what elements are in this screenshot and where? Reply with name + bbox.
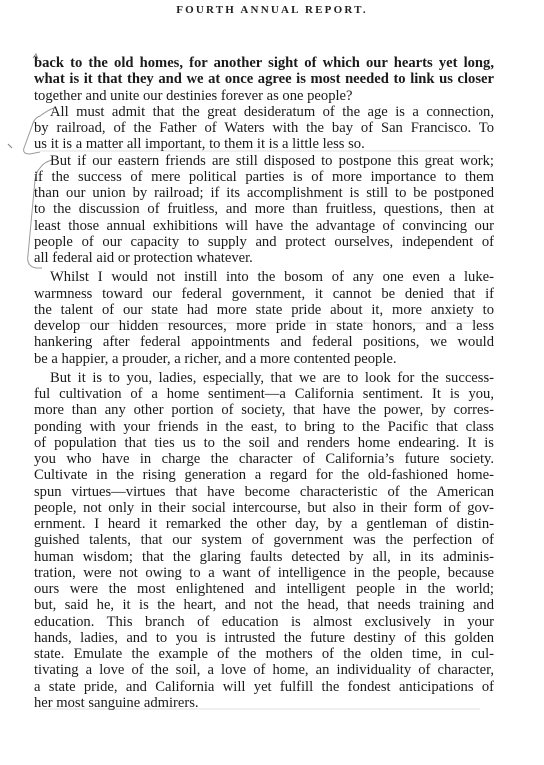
text-line: her most sanguine admirers.	[34, 695, 494, 711]
body-text: back to the old homes, for another sight…	[34, 55, 494, 711]
text-line: people, not only in their social interco…	[34, 500, 494, 516]
text-line: ernment. I heard it remarked the other d…	[34, 516, 494, 532]
text-line: of population that ties us to the soil a…	[34, 435, 494, 451]
paragraph-3: But if our eastern friends are still dis…	[34, 153, 494, 267]
text-line: develop our hidden resources, more pride…	[34, 318, 494, 334]
text-line: more than any other portion of society, …	[34, 402, 494, 418]
text-line: Cultivate in the rising generation a reg…	[34, 467, 494, 483]
paragraph-4: Whilst I would not instill into the boso…	[34, 269, 494, 367]
text-line: people of our capacity to supply and pro…	[34, 234, 494, 250]
text-line: if the success of mere political parties…	[34, 169, 494, 185]
text-line: warmness toward our federal government, …	[34, 286, 494, 302]
text-line: ful cultivation of a home sentiment—a Ca…	[34, 386, 494, 402]
text-line: together and unite our destinies forever…	[34, 88, 494, 104]
text-line: All must admit that the great desideratu…	[34, 104, 494, 120]
paragraph-5: But it is to you, ladies, especially, th…	[34, 370, 494, 711]
paragraph-1: back to the old homes, for another sight…	[34, 55, 494, 104]
text-line: But it is to you, ladies, especially, th…	[34, 370, 494, 386]
text-line: Whilst I would not instill into the boso…	[34, 269, 494, 285]
text-line: us it is a matter all important, to them…	[34, 136, 494, 152]
document-page: FOURTH ANNUAL REPORT. back to the old ho…	[0, 0, 544, 765]
text-line: be a happier, a prouder, a richer, and a…	[34, 351, 494, 367]
text-line: education. This branch of education is a…	[34, 614, 494, 630]
text-line: all federal aid or protection whatever.	[34, 250, 494, 266]
text-line: hands, ladies, and to you is intrusted t…	[34, 630, 494, 646]
text-line: tivating a love of the soil, a love of h…	[34, 662, 494, 678]
text-line: back to the old homes, for another sight…	[34, 55, 494, 71]
text-line: ponding with your friends in the east, t…	[34, 419, 494, 435]
text-line: human wisdom; that the glaring faults de…	[34, 549, 494, 565]
text-line: ours were the most enlightened and intel…	[34, 581, 494, 597]
text-line: what is it that they and we at once agre…	[34, 71, 494, 87]
paragraph-2: All must admit that the great desideratu…	[34, 104, 494, 153]
text-line: a state pride, and California will yet f…	[34, 679, 494, 695]
text-line: guished talents, that our system of gove…	[34, 532, 494, 548]
text-line: least those annual exhibitions will have…	[34, 218, 494, 234]
text-line: state. Emulate the example of the mother…	[34, 646, 494, 662]
text-line: but, said he, it is the heart, and not t…	[34, 597, 494, 613]
text-line: tration, were not owing to a want of int…	[34, 565, 494, 581]
running-head: FOURTH ANNUAL REPORT.	[0, 4, 544, 16]
text-line: by railroad, of the Father of Waters wit…	[34, 120, 494, 136]
text-line: hankering after federal appointments and…	[34, 334, 494, 350]
text-line: you who have in charge the character of …	[34, 451, 494, 467]
text-line: spun virtues—virtues that have become ch…	[34, 484, 494, 500]
text-line: than our union by railroad; if its accom…	[34, 185, 494, 201]
text-line: the talent of our state had more state p…	[34, 302, 494, 318]
text-line: to the discussion of fruitless, and more…	[34, 201, 494, 217]
text-line: But if our eastern friends are still dis…	[34, 153, 494, 169]
